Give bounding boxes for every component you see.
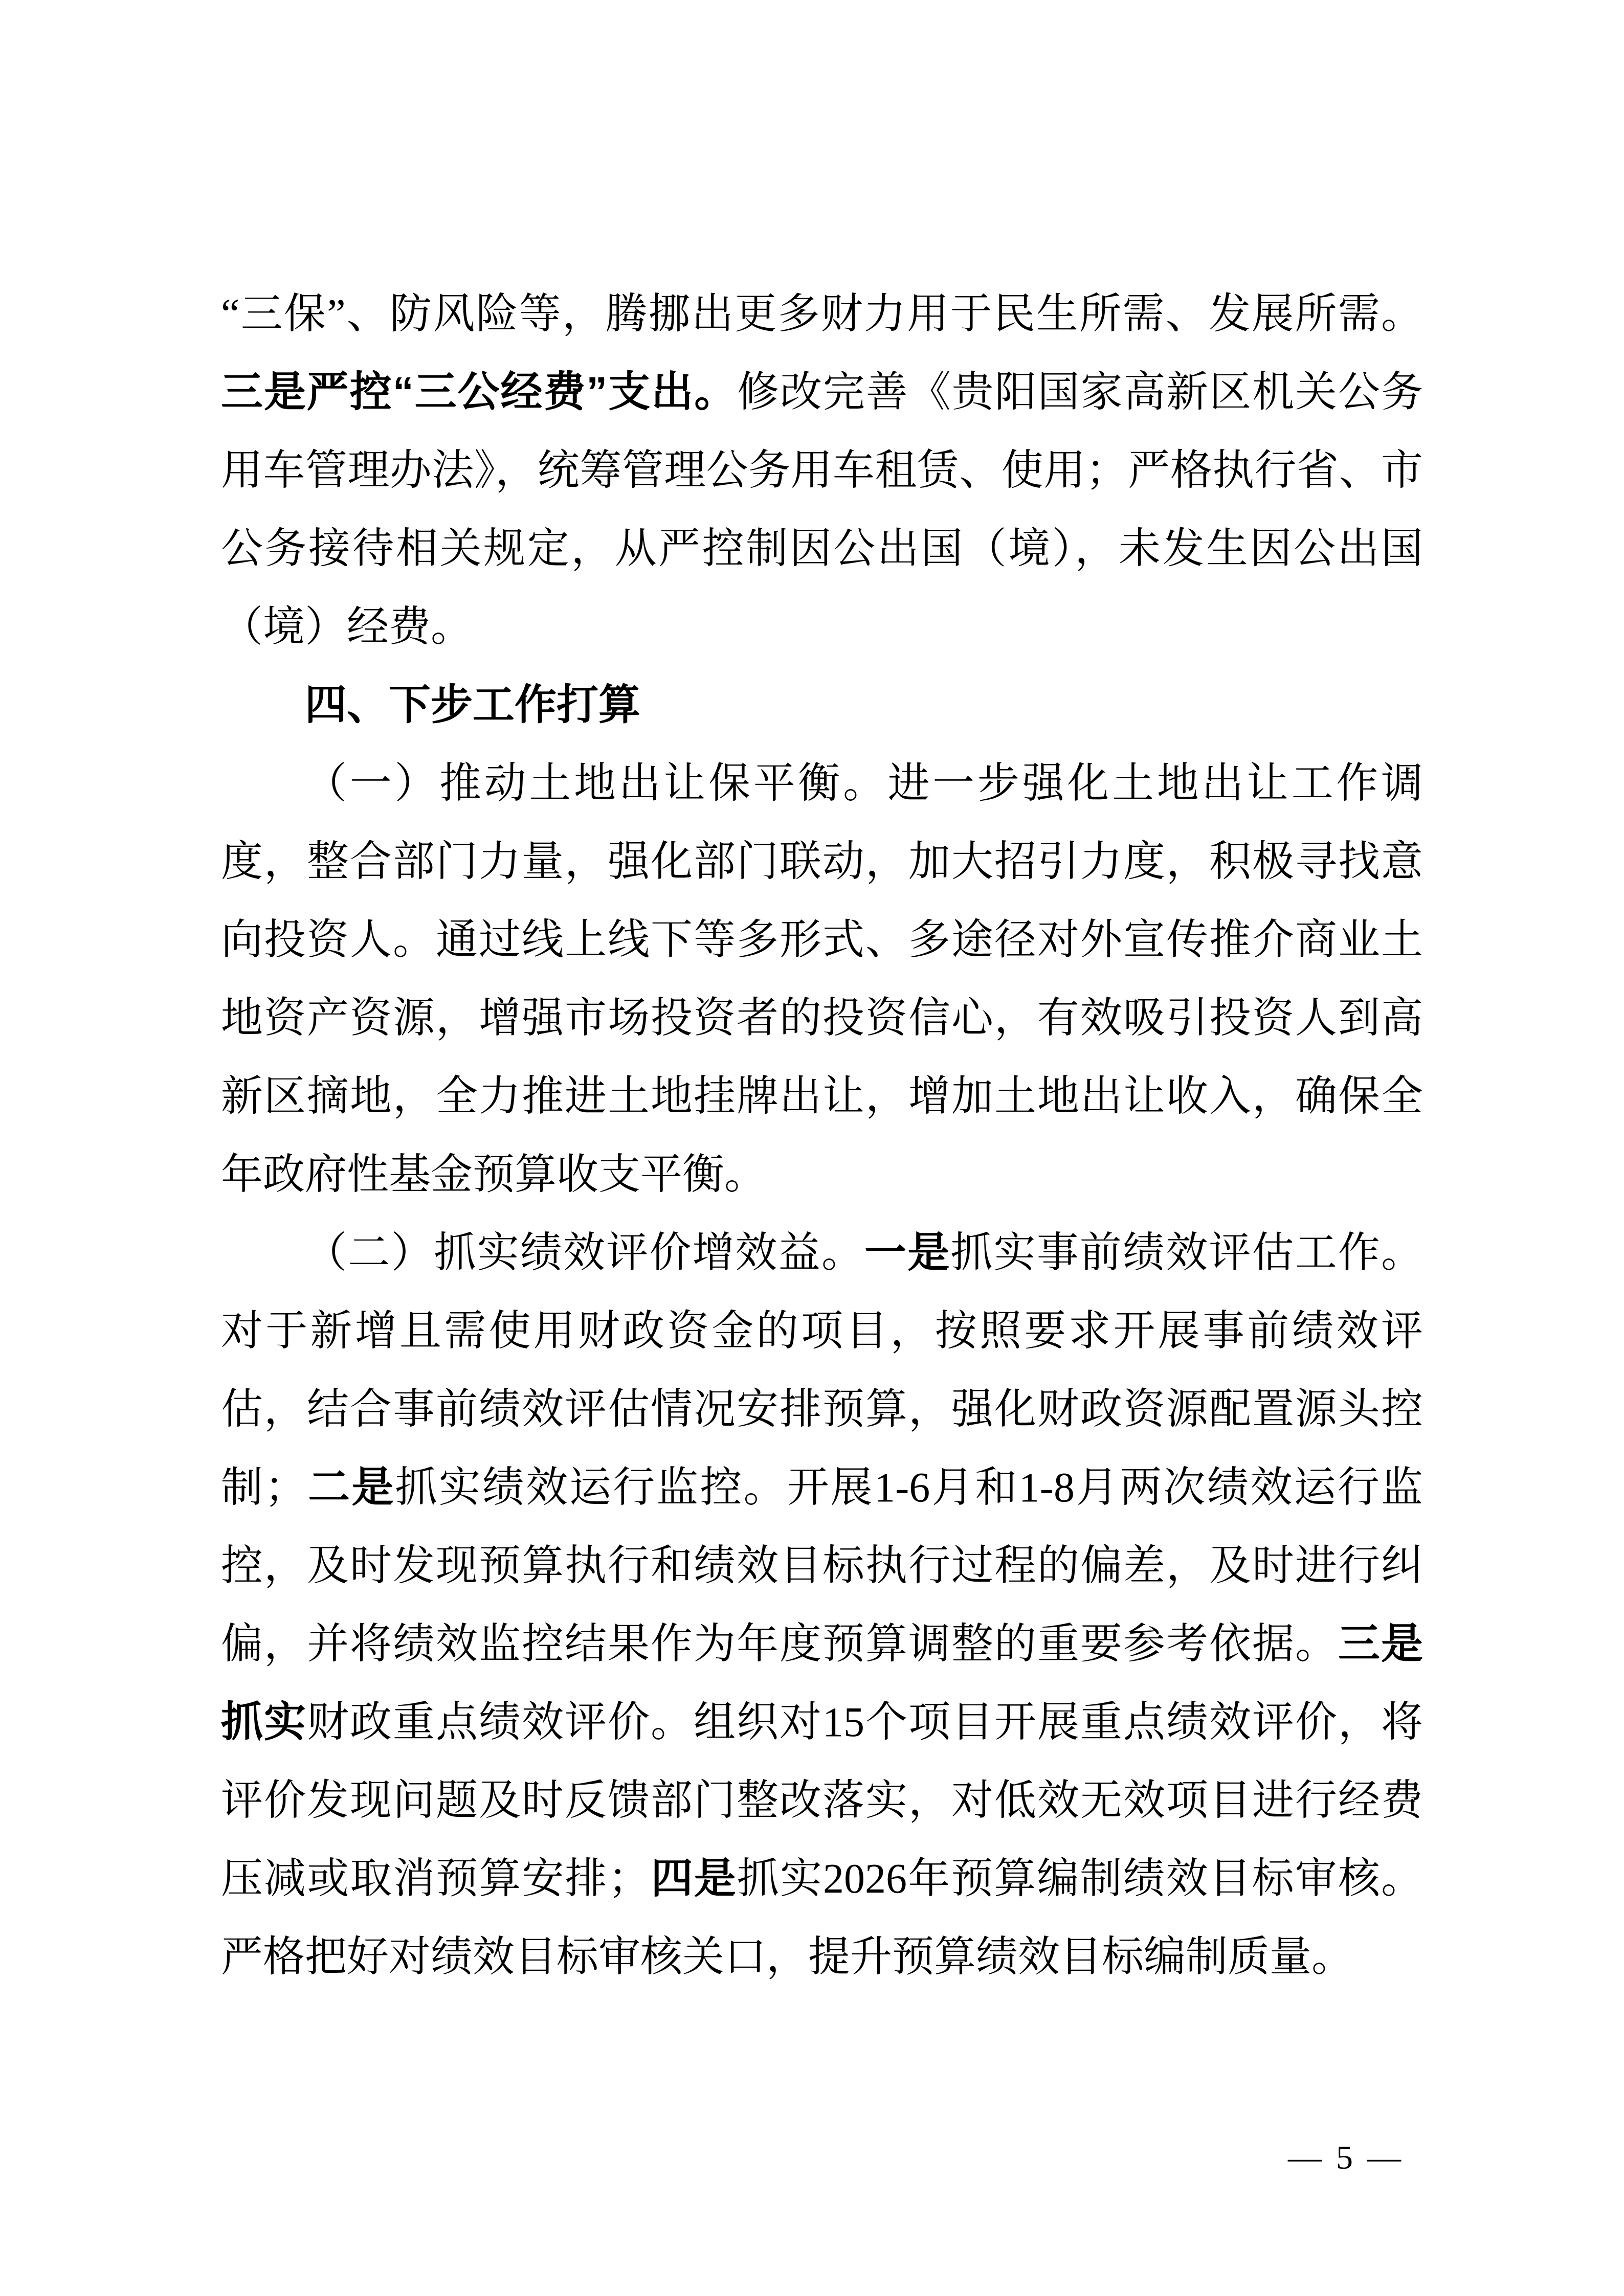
bold-run: 二是 (306, 1464, 395, 1511)
footer-dash-right: — (1367, 2135, 1401, 2181)
paragraph-land-transfer: （一）推动土地出让保平衡。进一步强化土地出让工作调度，整合部门力量，强化部门联动… (221, 744, 1423, 1213)
page-footer: — 5 — (1288, 2135, 1401, 2181)
section-heading: 四、下步工作打算 (221, 666, 1423, 744)
bold-run: 一是 (864, 1229, 950, 1276)
bold-run: 三是严控“三公经费”支出。 (221, 369, 737, 415)
sub-heading-run: （一）推动土地出让保平衡。 (305, 760, 888, 806)
paragraph-performance-evaluation: （二）抓实绩效评价增效益。一是抓实事前绩效评估工作。对于新增且需使用财政资金的项… (221, 1213, 1423, 1996)
sub-heading-run: （二）抓实绩效评价增效益。 (305, 1229, 864, 1276)
bold-run: 四是 (650, 1855, 737, 1902)
text-run: “三保”、防风险等，腾挪出更多财力用于民生所需、发展所需。 (221, 290, 1423, 337)
page-number: 5 (1336, 2135, 1353, 2181)
document-body: “三保”、防风险等，腾挪出更多财力用于民生所需、发展所需。三是严控“三公经费”支… (221, 275, 1423, 1996)
text-run: 进一步强化土地出让工作调度，整合部门力量，强化部门联动，加大招引力度，积极寻找意… (221, 760, 1423, 1198)
footer-dash-left: — (1288, 2135, 1322, 2181)
section-heading-text: 四、下步工作打算 (305, 682, 640, 728)
document-page: “三保”、防风险等，腾挪出更多财力用于民生所需、发展所需。三是严控“三公经费”支… (0, 0, 1624, 2296)
text-run: 抓实绩效运行监控。开展1-6月和1-8月两次绩效运行监控，及时发现预算执行和绩效… (221, 1464, 1423, 1667)
paragraph-continuation: “三保”、防风险等，腾挪出更多财力用于民生所需、发展所需。三是严控“三公经费”支… (221, 275, 1423, 666)
